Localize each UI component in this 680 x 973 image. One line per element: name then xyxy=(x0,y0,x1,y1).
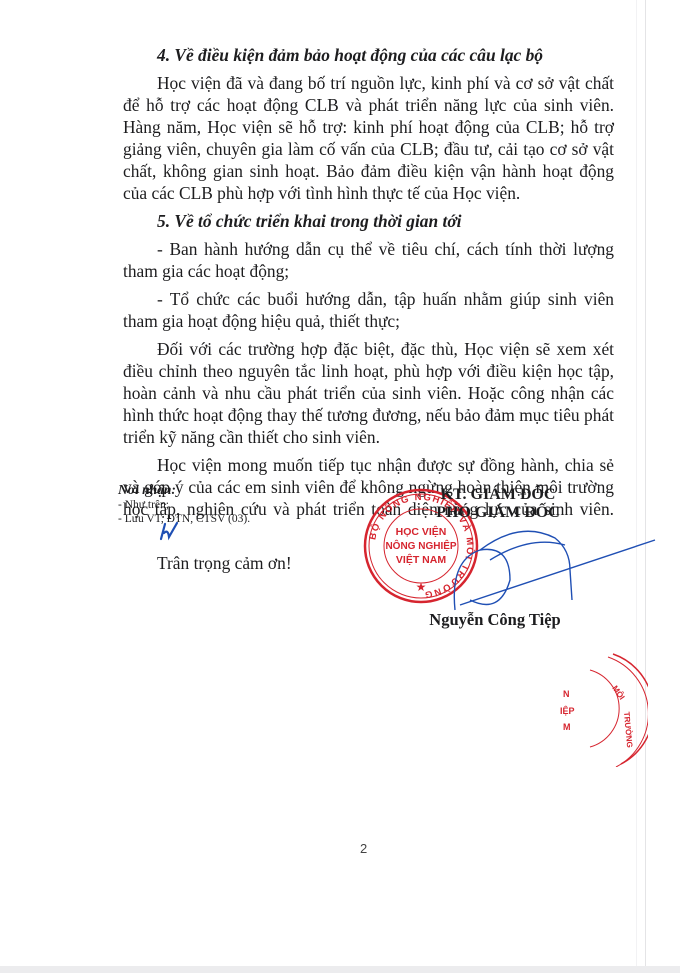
signature-title-line1: KT. GIÁM ĐỐC xyxy=(398,486,598,504)
recipient-item: - Lưu VT, ĐTN, CTSV (03). xyxy=(118,512,250,526)
scan-bottom-band xyxy=(0,966,680,973)
svg-text:N: N xyxy=(563,689,570,699)
page-number: 2 xyxy=(360,841,367,856)
section-4-heading: 4. Về điều kiện đảm bảo hoạt động của cá… xyxy=(123,44,614,66)
section-5-bullet-1: - Ban hành hướng dẫn cụ thể về tiêu chí,… xyxy=(123,238,614,282)
svg-text:NÔNG NGHIỆP: NÔNG NGHIỆP xyxy=(385,539,456,552)
special-cases-paragraph: Đối với các trường hợp đặc biệt, đặc thù… xyxy=(123,338,614,448)
svg-text:IỆP: IỆP xyxy=(560,705,575,716)
page-edge xyxy=(645,0,646,968)
recipients-block: Nơi nhận: - Như trên; - Lưu VT, ĐTN, CTS… xyxy=(118,482,250,526)
section-4-paragraph: Học viện đã và đang bố trí nguồn lực, ki… xyxy=(123,72,614,204)
recipients-title: Nơi nhận: xyxy=(118,482,250,498)
section-5-bullet-2: - Tổ chức các buổi hướng dẫn, tập huấn n… xyxy=(123,288,614,332)
section-5-heading: 5. Về tổ chức triển khai trong thời gian… xyxy=(123,210,614,232)
partial-seal: MÔI TRƯỜNG N IỆP M xyxy=(548,652,648,772)
signature-title: KT. GIÁM ĐỐC PHÓ GIÁM ĐỐC xyxy=(398,486,598,522)
recipient-item: - Như trên; xyxy=(118,498,250,512)
svg-text:TRƯỜNG: TRƯỜNG xyxy=(622,711,634,748)
signer-name: Nguyễn Công Tiệp xyxy=(400,610,590,630)
handwritten-signature xyxy=(450,520,670,620)
svg-text:MÔI: MÔI xyxy=(610,684,626,702)
svg-text:M: M xyxy=(563,722,571,732)
svg-text:HỌC VIỆN: HỌC VIỆN xyxy=(396,525,447,538)
svg-text:VIỆT NAM: VIỆT NAM xyxy=(396,553,446,566)
page-edge-shadow xyxy=(636,0,637,968)
svg-text:★: ★ xyxy=(416,580,427,594)
